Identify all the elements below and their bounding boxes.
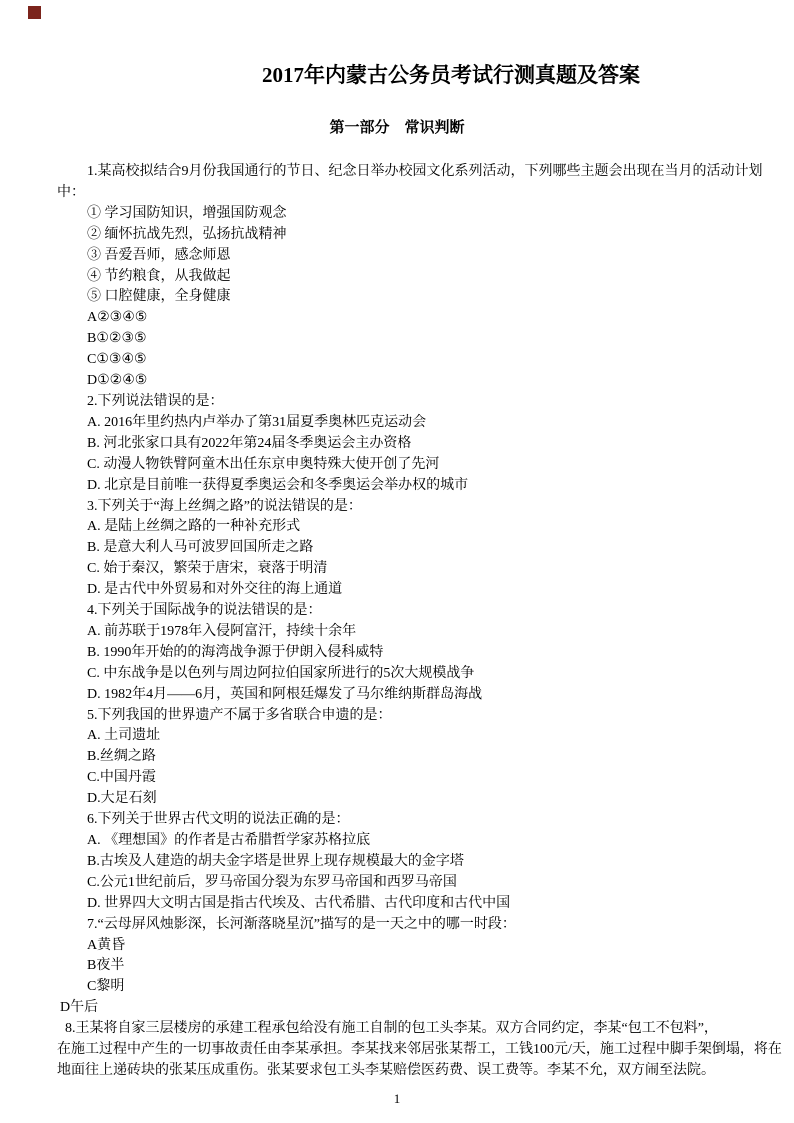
q6-stem: 6.下列关于世界古代文明的说法正确的是： xyxy=(57,810,757,831)
q7-option-d: D午后 xyxy=(57,998,757,1019)
q1-item-2: ② 缅怀抗战先烈，弘扬抗战精神 xyxy=(57,225,757,246)
q4-stem: 4.下列关于国际战争的说法错误的是： xyxy=(57,601,757,622)
q2-option-d: D. 北京是目前唯一获得夏季奥运会和冬季奥运会举办权的城市 xyxy=(57,476,757,497)
q4-option-d: D. 1982年4月——6月，英国和阿根廷爆发了马尔维纳斯群岛海战 xyxy=(57,685,757,706)
q2-option-a: A. 2016年里约热内卢举办了第31届夏季奥林匹克运动会 xyxy=(57,413,757,434)
document-title: 2017年内蒙古公务员考试行测真题及答案 xyxy=(108,59,794,89)
q7-option-b: B夜半 xyxy=(57,956,757,977)
q5-option-d: D.大足石刻 xyxy=(57,789,757,810)
q4-option-c: C. 中东战争是以色列与周边阿拉伯国家所进行的5次大规模战争 xyxy=(57,664,757,685)
q1-item-4: ④ 节约粮食，从我做起 xyxy=(57,267,757,288)
q1-option-a: A②③④⑤ xyxy=(57,308,757,329)
q1-item-5: ⑤ 口腔健康，全身健康 xyxy=(57,287,757,308)
q1-stem-line1: 1.某高校拟结合9月份我国通行的节日、纪念日举办校园文化系列活动，下列哪些主题会… xyxy=(57,162,757,183)
q2-option-b: B. 河北张家口具有2022年第24届冬季奥运会主办资格 xyxy=(57,434,757,455)
q8-line2: 在施工过程中产生的一切事故责任由李某承担。李某找来邻居张某帮工，工钱100元/天… xyxy=(57,1040,757,1061)
document-page: 2017年内蒙古公务员考试行测真题及答案 第一部分 常识判断 1.某高校拟结合9… xyxy=(0,0,794,1123)
q6-option-a: A. 《理想国》的作者是古希腊哲学家苏格拉底 xyxy=(57,831,757,852)
q6-option-c: C.公元1世纪前后，罗马帝国分裂为东罗马帝国和西罗马帝国 xyxy=(57,873,757,894)
q3-option-c: C. 始于秦汉，繁荣于唐宋，衰落于明清 xyxy=(57,559,757,580)
q3-option-a: A. 是陆上丝绸之路的一种补充形式 xyxy=(57,517,757,538)
q3-stem: 3.下列关于“海上丝绸之路”的说法错误的是： xyxy=(57,497,757,518)
red-placeholder-marker xyxy=(28,6,41,19)
q1-option-d: D①②④⑤ xyxy=(57,371,757,392)
q1-item-3: ③ 吾爱吾师，感念师恩 xyxy=(57,246,757,267)
q1-stem-line2: 中： xyxy=(57,183,757,204)
section-heading: 第一部分 常识判断 xyxy=(0,116,794,137)
q7-option-a: A黄昏 xyxy=(57,936,757,957)
q2-option-c: C. 动漫人物铁臂阿童木出任东京申奥特殊大使开创了先河 xyxy=(57,455,757,476)
q7-stem: 7.“云母屏风烛影深，长河渐落晓星沉”描写的是一天之中的哪一时段： xyxy=(57,915,757,936)
page-number: 1 xyxy=(0,1091,794,1107)
q5-option-c: C.中国丹霞 xyxy=(57,768,757,789)
q4-option-b: B. 1990年开始的的海湾战争源于伊朗入侵科威特 xyxy=(57,643,757,664)
q8-line3: 地面往上递砖块的张某压成重伤。张某要求包工头李某赔偿医药费、误工费等。李某不允，… xyxy=(57,1061,757,1082)
q4-option-a: A. 前苏联于1978年入侵阿富汗，持续十余年 xyxy=(57,622,757,643)
q3-option-b: B. 是意大利人马可波罗回国所走之路 xyxy=(57,538,757,559)
q2-stem: 2.下列说法错误的是： xyxy=(57,392,757,413)
q7-option-c: C黎明 xyxy=(57,977,757,998)
q6-option-d: D. 世界四大文明古国是指古代埃及、古代希腊、古代印度和古代中国 xyxy=(57,894,757,915)
q5-option-a: A. 土司遗址 xyxy=(57,726,757,747)
q5-option-b: B.丝绸之路 xyxy=(57,747,757,768)
q1-option-b: B①②③⑤ xyxy=(57,329,757,350)
q3-option-d: D. 是古代中外贸易和对外交往的海上通道 xyxy=(57,580,757,601)
q1-item-1: ① 学习国防知识，增强国防观念 xyxy=(57,204,757,225)
q6-option-b: B.古埃及人建造的胡夫金字塔是世界上现存规模最大的金字塔 xyxy=(57,852,757,873)
q5-stem: 5.下列我国的世界遗产不属于多省联合申遗的是： xyxy=(57,706,757,727)
q8-line1: 8.王某将自家三层楼房的承建工程承包给没有施工自制的包工头李某。双方合同约定，李… xyxy=(57,1019,757,1040)
q1-option-c: C①③④⑤ xyxy=(57,350,757,371)
document-body: 1.某高校拟结合9月份我国通行的节日、纪念日举办校园文化系列活动，下列哪些主题会… xyxy=(57,162,757,1082)
